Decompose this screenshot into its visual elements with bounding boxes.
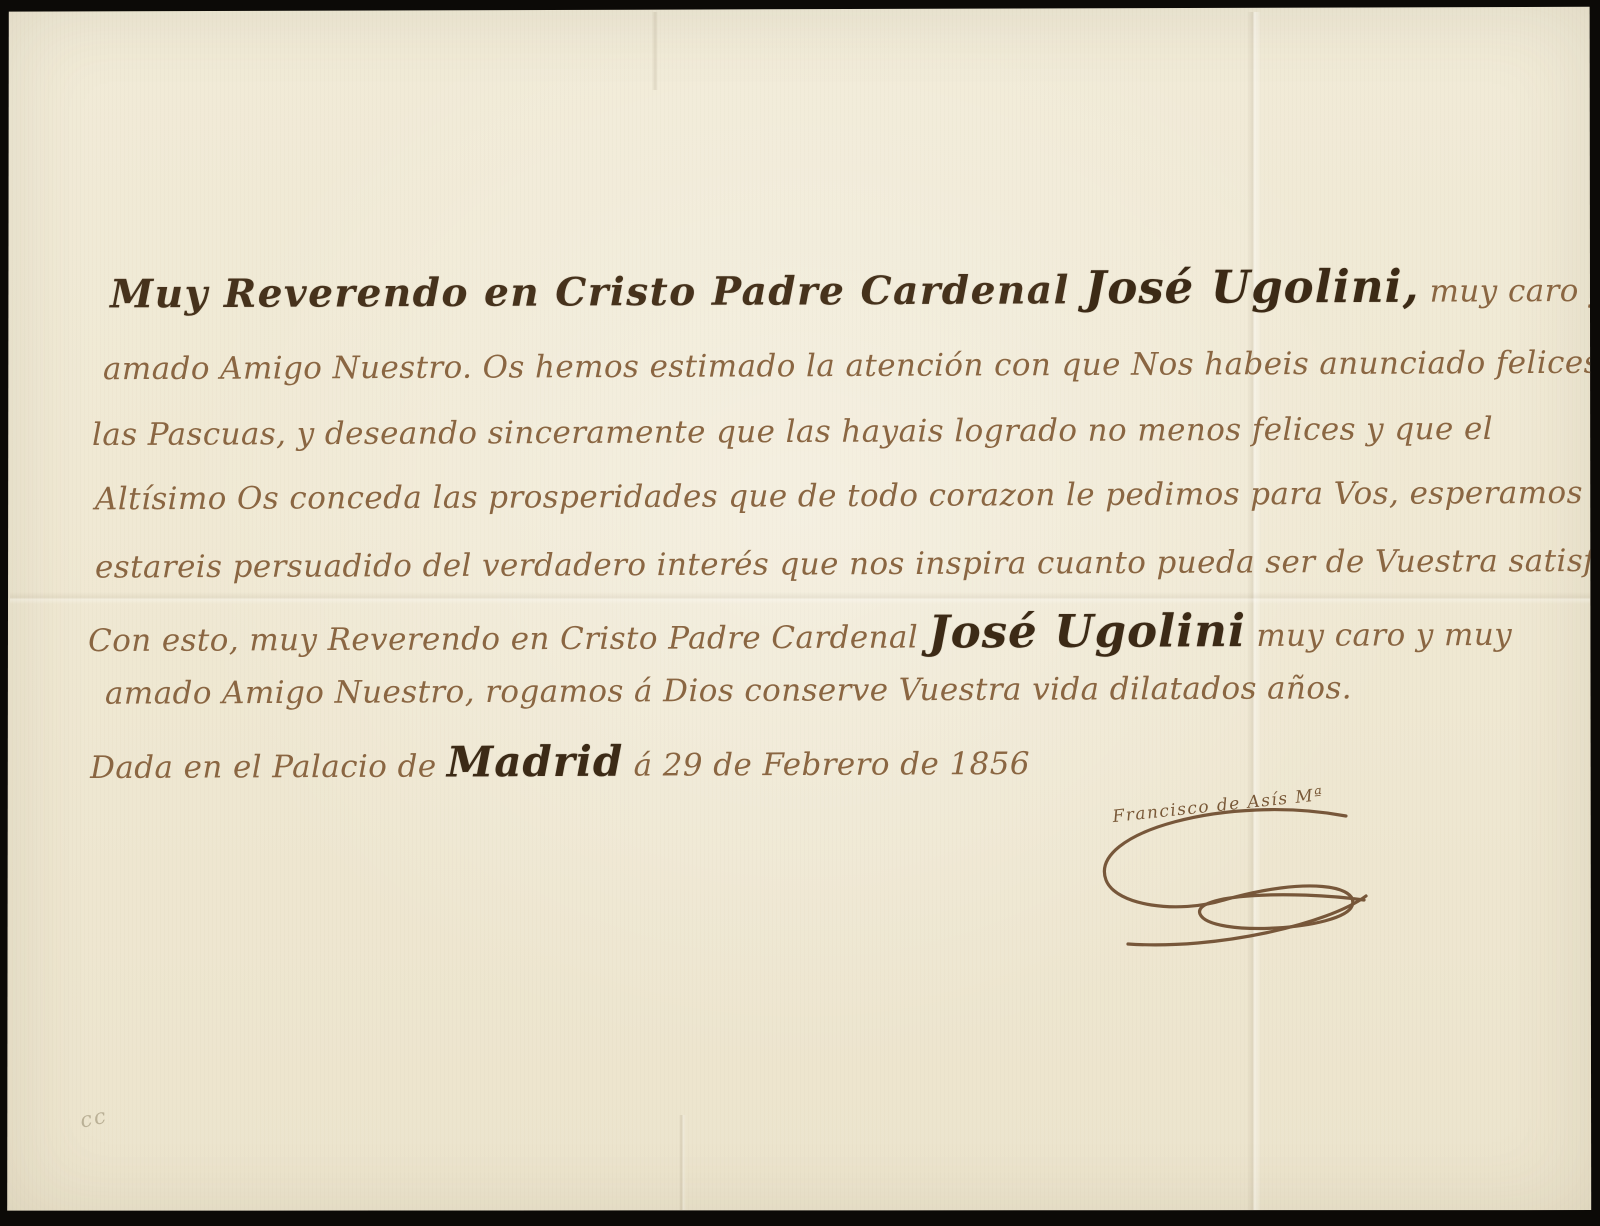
letter-line: Con esto, muy Reverendo en Cristo Padre …	[88, 603, 1512, 662]
text-segment: Dada en el Palacio de	[90, 748, 447, 786]
text-segment: Madrid	[447, 737, 624, 787]
text-segment: muy caro y muy	[1419, 273, 1600, 310]
letter-line: amado Amigo Nuestro, rogamos á Dios cons…	[105, 670, 1352, 711]
pencil-note: cc	[78, 1103, 110, 1132]
text-segment: las Pascuas, y deseando sinceramente que…	[92, 411, 1493, 453]
fold-crease-bottom	[679, 1115, 686, 1210]
text-segment: Muy Reverendo en Cristo Padre Cardenal	[110, 267, 1085, 317]
letter-line: Altísimo Os conceda las prosperidades qu…	[95, 475, 1600, 518]
fold-crease-top	[652, 12, 658, 90]
signature-flourish	[1028, 802, 1368, 952]
text-segment: amado Amigo Nuestro. Os hemos estimado l…	[103, 345, 1600, 388]
letter-line: Muy Reverendo en Cristo Padre Cardenal J…	[110, 259, 1600, 319]
letter-line: las Pascuas, y deseando sinceramente que…	[92, 411, 1493, 453]
text-segment: estareis persuadido del verdadero interé…	[95, 542, 1600, 585]
text-segment: Con esto, muy Reverendo en Cristo Padre …	[88, 619, 929, 659]
text-segment: amado Amigo Nuestro, rogamos á Dios cons…	[105, 670, 1352, 711]
text-segment: Altísimo Os conceda las prosperidades qu…	[95, 475, 1600, 518]
text-segment: muy caro y muy	[1246, 617, 1512, 654]
text-segment: José Ugolini	[928, 604, 1246, 658]
text-segment: á 29 de Febrero de 1856	[623, 746, 1030, 784]
letter-line: estareis persuadido del verdadero interé…	[95, 542, 1600, 585]
letter-line: Dada en el Palacio de Madrid á 29 de Feb…	[90, 735, 1030, 788]
fold-crease-horizontal	[10, 592, 1590, 604]
text-segment: José Ugolini,	[1085, 260, 1420, 314]
letter-paper: Muy Reverendo en Cristo Padre Cardenal J…	[0, 0, 1600, 1226]
letter-line: amado Amigo Nuestro. Os hemos estimado l…	[103, 345, 1600, 388]
